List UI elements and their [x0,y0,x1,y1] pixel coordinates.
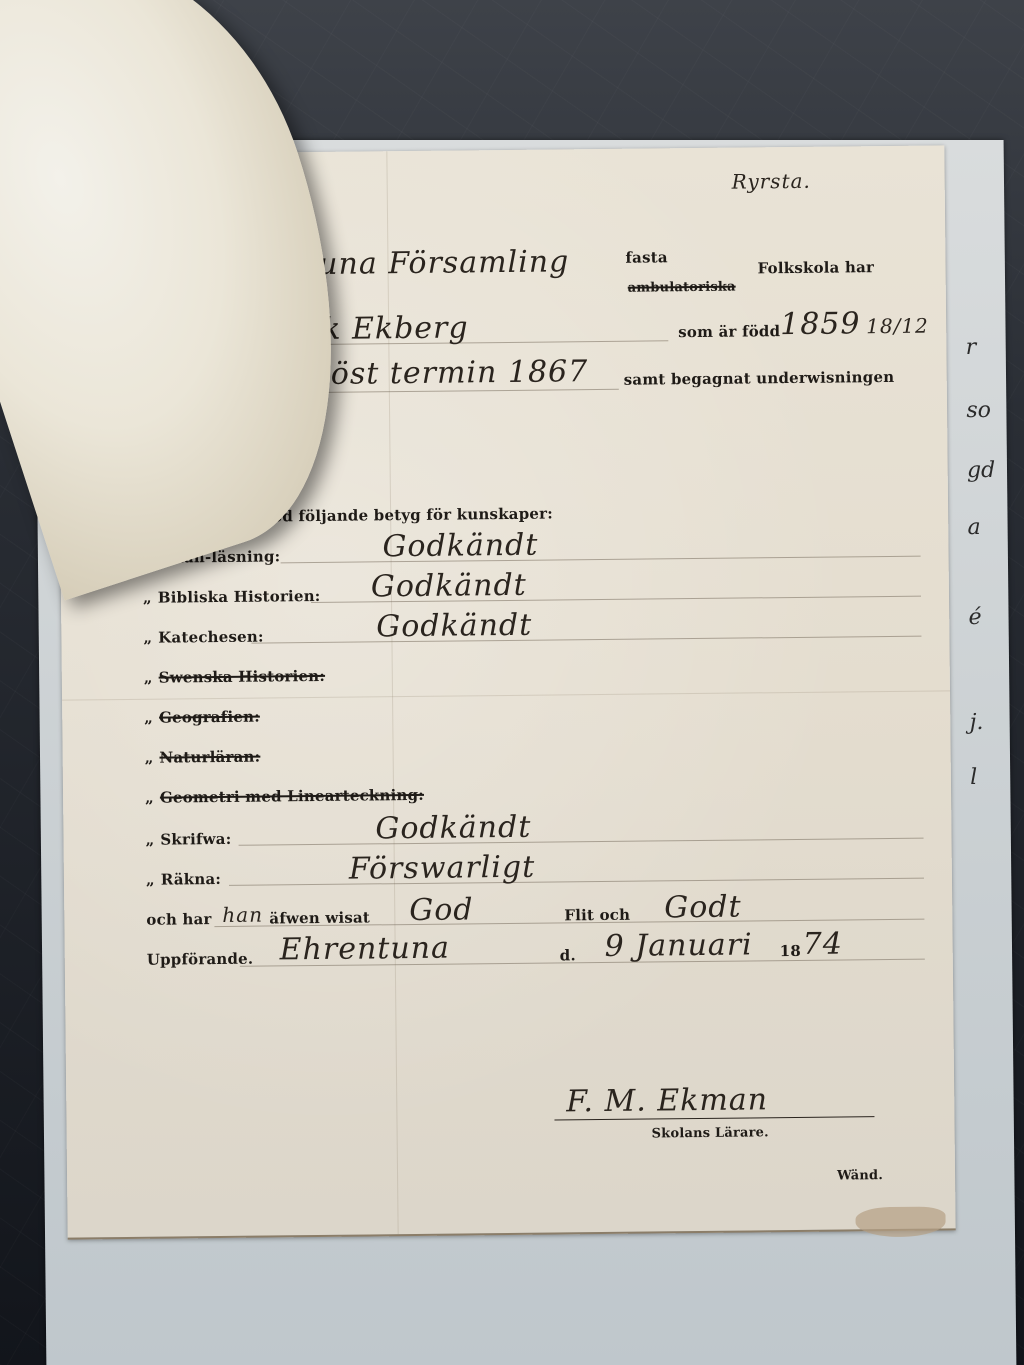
enrolled-value: Höst termin 1867 [303,354,588,392]
instruction-label: samt begagnat underwisningen [624,368,895,389]
subject-grade: Godkändt [382,528,538,565]
under-sheet-fragment: é [968,605,981,630]
year-handwritten: 74 [802,926,843,961]
subject-label-struck: Geografien: [159,708,260,727]
subject-prefix: „ [145,789,154,807]
conduct-pronoun: han [222,903,263,927]
subject-prefix: „ [144,669,153,687]
under-sheet-fragment: gd [967,458,995,483]
subject-grade: Förswarligt [349,850,536,887]
subject-grade: Godkändt [376,608,532,645]
subject-rule [239,838,924,846]
subject-grade: Godkändt [371,568,527,605]
under-sheet-fragment: j. [970,710,984,735]
school-type-kept: fasta [625,248,667,266]
school-label: Folkskola har [757,258,874,277]
birth-year: 1859 [780,306,861,342]
fold-crease [62,690,950,700]
signature-title: Skolans Lärare. [652,1125,769,1141]
subject-rule [251,636,921,644]
subject-prefix: „ [145,749,154,767]
corner-note: Ryrsta. [732,169,811,194]
under-sheet-fragment: r [966,335,977,360]
subject-prefix: „ [143,629,152,647]
subject-grade: Godkändt [375,810,531,847]
school-type-struck: ambulatoriska [628,280,736,296]
subject-label-struck: Geometri med Linearteckning: [160,786,424,807]
year-printed: 18 [780,942,801,960]
subject-label: Katechesen: [158,628,264,647]
date-value: 9 Januari [604,927,752,964]
place: Ehrentuna [279,931,450,968]
born-label: som är född [678,322,780,341]
under-sheet-fragment: so [966,398,991,423]
signature: F. M. Ekman [566,1082,768,1119]
subject-label-struck: Naturläran: [159,748,260,767]
under-sheet-fragment: a [967,515,980,540]
subject-label: Skrifwa: [160,830,231,849]
subject-rule [281,556,921,564]
subject-prefix: „ [143,589,152,607]
turn-note: Wänd. [837,1168,883,1183]
conduct-label-end: Uppförande. [147,950,254,969]
under-sheet-fragment: l [970,765,977,790]
subject-prefix: „ [144,709,153,727]
subject-prefix: „ [145,831,154,849]
subject-label-struck: Swenska Historien: [159,667,326,687]
conduct-label-start: och har [146,910,211,929]
subject-label: Räkna: [161,870,221,889]
subject-prefix: „ [146,871,155,889]
subject-rule [229,878,924,886]
birth-day: 18/12 [866,314,929,339]
subject-label: Bibliska Historien: [158,587,321,607]
photo-scene: r so gd a é j. l Ryrsta. Ehrentuna Försa… [0,0,1024,1365]
